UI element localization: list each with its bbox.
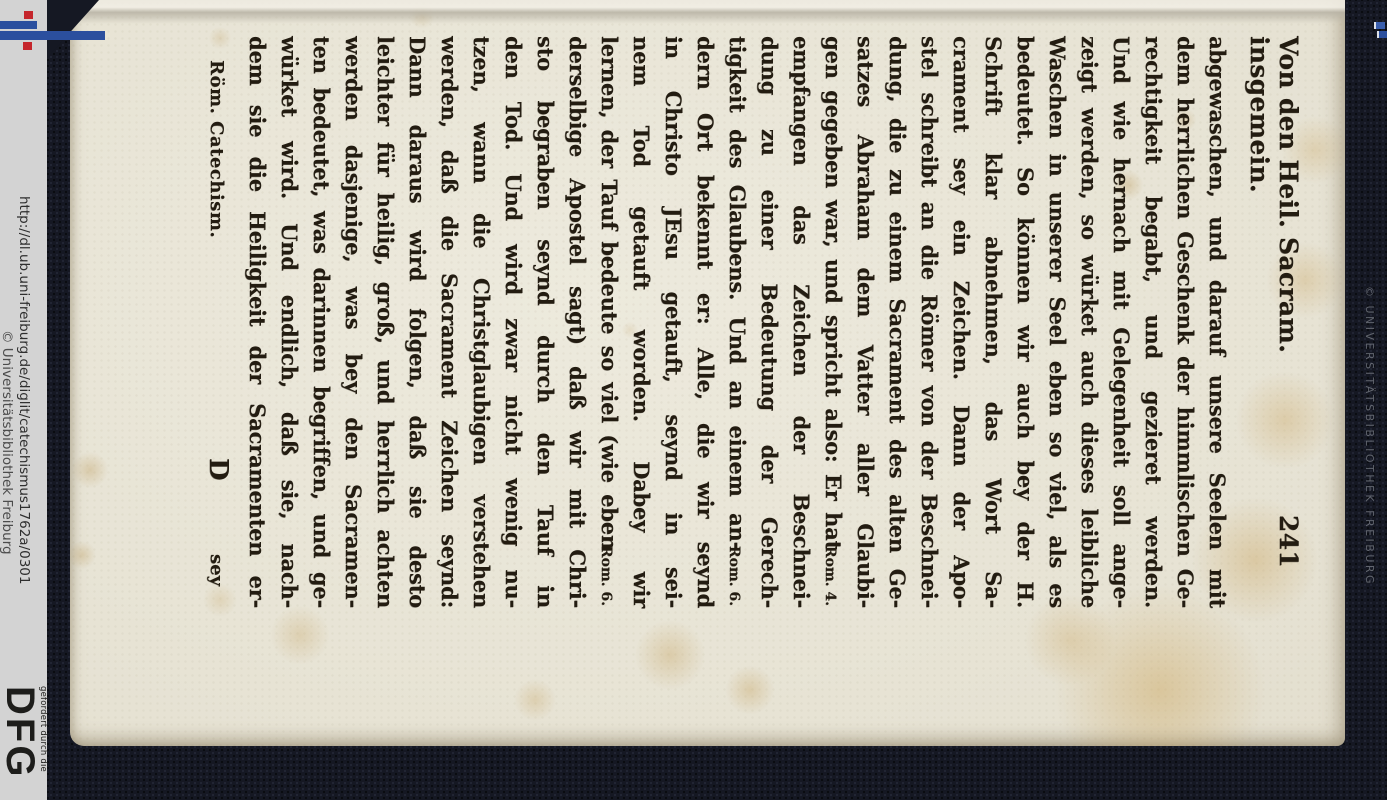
text-line: werden, daß die Sacrament Zeichen seynd: bbox=[433, 36, 465, 608]
text-line-content: in Christo JEsu getauft, seynd in sei- bbox=[661, 36, 686, 608]
text-line-content: dung, die zu einem Sacrament des alten G… bbox=[885, 36, 910, 608]
text-line-content: rechtigkeit begabt, und gezieret werden. bbox=[1141, 36, 1166, 608]
text-line-content: den Tod. Und wird zwar nicht wenig nu- bbox=[501, 36, 526, 608]
text-line-content: derselbige Apostel sagt) daß wir mit Chr… bbox=[565, 36, 590, 608]
page-header: Von den Heil. Sacram. insgemein. 241 bbox=[1245, 36, 1303, 608]
text-line-content: werden dasjenige, was bey den Sacramen- bbox=[341, 36, 366, 608]
running-title: Von den Heil. Sacram. insgemein. bbox=[1245, 36, 1303, 515]
text-line: tigkeit des Glaubens. Und an einem an-Ro… bbox=[721, 36, 753, 608]
text-line: in Christo JEsu getauft, seynd in sei- bbox=[657, 36, 689, 608]
text-line-content: stel schreibt an die Römer von der Besch… bbox=[917, 36, 942, 608]
text-line-content: zeigt werden, so würket auch dieses leib… bbox=[1077, 36, 1102, 608]
page-content-rotated: Von den Heil. Sacram. insgemein. 241 abg… bbox=[70, 0, 1345, 746]
text-line: Dann daraus wird folgen, daß sie desto bbox=[401, 36, 433, 608]
text-line: werden dasjenige, was bey den Sacramen- bbox=[337, 36, 369, 608]
edge-copyright-watermark: © UNIVERSITÄTSBIBLIOTHEK FREIBURG bbox=[1363, 286, 1376, 586]
text-line: sto begraben seynd durch den Tauf in bbox=[529, 36, 561, 608]
text-line-content: würket wird. Und endlich, daß sie, nach- bbox=[277, 36, 302, 608]
corner-logo-fragment-icon bbox=[1374, 22, 1385, 29]
scanned-page: Von den Heil. Sacram. insgemein. 241 abg… bbox=[70, 0, 1345, 746]
page-number: 241 bbox=[1245, 515, 1303, 568]
corner-logo-fragment-icon bbox=[1377, 31, 1387, 38]
gathering-letter: D bbox=[203, 458, 233, 481]
text-line: bedeutet. So können wir auch bey der H. bbox=[1009, 36, 1041, 608]
text-line: derselbige Apostel sagt) daß wir mit Chr… bbox=[561, 36, 593, 608]
text-line-content: dung zu einer Bedeutung der Gerech- bbox=[757, 36, 782, 608]
text-line: dung, die zu einem Sacrament des alten G… bbox=[881, 36, 913, 608]
text-line: zeigt werden, so würket auch dieses leib… bbox=[1073, 36, 1105, 608]
logo-red-square-icon bbox=[24, 11, 33, 19]
text-line: satzes Abraham dem Vatter aller Glaubi- bbox=[849, 36, 881, 608]
text-line-content: sto begraben seynd durch den Tauf in bbox=[533, 36, 558, 608]
digitized-book-viewer: Von den Heil. Sacram. insgemein. 241 abg… bbox=[0, 0, 1387, 800]
text-line-content: dem herrlichen Geschenk der himmlischen … bbox=[1173, 36, 1198, 608]
text-line-content: bedeutet. So können wir auch bey der H. bbox=[1013, 36, 1038, 608]
text-line: dem herrlichen Geschenk der himmlischen … bbox=[1169, 36, 1201, 608]
text-line: dung zu einer Bedeutung der Gerech- bbox=[753, 36, 785, 608]
text-line: würket wird. Und endlich, daß sie, nach- bbox=[273, 36, 305, 608]
text-line: dern Ort bekennt er: Alle, die wir seynd bbox=[689, 36, 721, 608]
text-line: lernen, der Tauf bedeute so viel (wie eb… bbox=[593, 36, 625, 608]
margin-note: Rom. 6. bbox=[718, 546, 750, 606]
text-line: Waschen in unserer Seel eben so viel, al… bbox=[1041, 36, 1073, 608]
page-footer-line: Röm. Catechism. D sey bbox=[197, 36, 233, 608]
text-line-content: lernen, der Tauf bedeute so viel (wie eb… bbox=[597, 36, 622, 550]
text-line: dem sie die Heiligkeit der Sacramenten e… bbox=[241, 36, 273, 608]
text-line: Schrift klar abnehmen, das Wort Sa- bbox=[977, 36, 1009, 608]
library-copyright-watermark: © Universitätsbibliothek Freiburg bbox=[0, 330, 15, 555]
margin-note: Rom. 4. bbox=[814, 546, 846, 606]
text-line-content: tigkeit des Glaubens. Und an einem an- bbox=[725, 36, 750, 550]
text-line-content: abgewaschen, und darauf unsere Seelen mi… bbox=[1205, 36, 1230, 608]
margin-note: Rom. 6. bbox=[590, 546, 622, 606]
text-line: tzen, wann die Christglaubigen verstehen bbox=[465, 36, 497, 608]
text-line-content: satzes Abraham dem Vatter aller Glaubi- bbox=[853, 36, 878, 608]
text-line: gen gegeben war, und spricht also: Er ha… bbox=[817, 36, 849, 608]
text-line-content: leichter für heilig, groß, und herrlich … bbox=[373, 36, 398, 608]
signature-title: Röm. Catechism. bbox=[206, 60, 227, 238]
text-line-content: tzen, wann die Christglaubigen verstehen bbox=[469, 36, 494, 608]
text-line-content: nem Tod getauft worden. Dabey wir bbox=[629, 36, 654, 608]
text-line: Und wie hernach mit Gelegenheit soll ang… bbox=[1105, 36, 1137, 608]
dfg-wordmark: DFG bbox=[2, 686, 38, 792]
text-line-content: dem sie die Heiligkeit der Sacramenten e… bbox=[245, 36, 270, 608]
text-line-content: Und wie hernach mit Gelegenheit soll ang… bbox=[1109, 36, 1134, 608]
text-line: ten bedeutet, was darinnen begriffen, un… bbox=[305, 36, 337, 608]
body-lines: abgewaschen, und darauf unsere Seelen mi… bbox=[241, 36, 1233, 608]
logo-red-square-icon bbox=[23, 42, 32, 50]
text-line: crament sey ein Zeichen. Dann der Apo- bbox=[945, 36, 977, 608]
text-line: leichter für heilig, groß, und herrlich … bbox=[369, 36, 401, 608]
text-line-content: werden, daß die Sacrament Zeichen seynd: bbox=[437, 36, 462, 608]
logo-blue-bar-icon bbox=[0, 21, 37, 29]
text-line: den Tod. Und wird zwar nicht wenig nu- bbox=[497, 36, 529, 608]
text-line: nem Tod getauft worden. Dabey wir bbox=[625, 36, 657, 608]
source-url-watermark: http://dl.ub.uni-freiburg.de/diglit/cate… bbox=[16, 196, 32, 584]
dfg-logo: gefördert durch die DFG bbox=[0, 686, 47, 792]
text-line-content: Schrift klar abnehmen, das Wort Sa- bbox=[981, 36, 1006, 608]
viewer-sidebar: http://dl.ub.uni-freiburg.de/diglit/cate… bbox=[0, 0, 47, 800]
text-line: rechtigkeit begabt, und gezieret werden. bbox=[1137, 36, 1169, 608]
text-line-content: empfangen das Zeichen der Beschnei- bbox=[789, 36, 814, 608]
text-line: stel schreibt an die Römer von der Besch… bbox=[913, 36, 945, 608]
text-line-content: dern Ort bekennt er: Alle, die wir seynd bbox=[693, 36, 718, 608]
text-line: empfangen das Zeichen der Beschnei- bbox=[785, 36, 817, 608]
text-line-content: gen gegeben war, und spricht also: Er ha… bbox=[821, 36, 846, 550]
text-line: abgewaschen, und darauf unsere Seelen mi… bbox=[1201, 36, 1233, 608]
text-line-content: crament sey ein Zeichen. Dann der Apo- bbox=[949, 36, 974, 608]
text-line-content: Waschen in unserer Seel eben so viel, al… bbox=[1045, 36, 1070, 608]
logo-blue-bar-icon bbox=[0, 31, 105, 40]
text-line-content: ten bedeutet, was darinnen begriffen, un… bbox=[309, 36, 334, 608]
text-line-content: Dann daraus wird folgen, daß sie desto bbox=[405, 36, 430, 608]
catchword: sey bbox=[206, 554, 227, 586]
